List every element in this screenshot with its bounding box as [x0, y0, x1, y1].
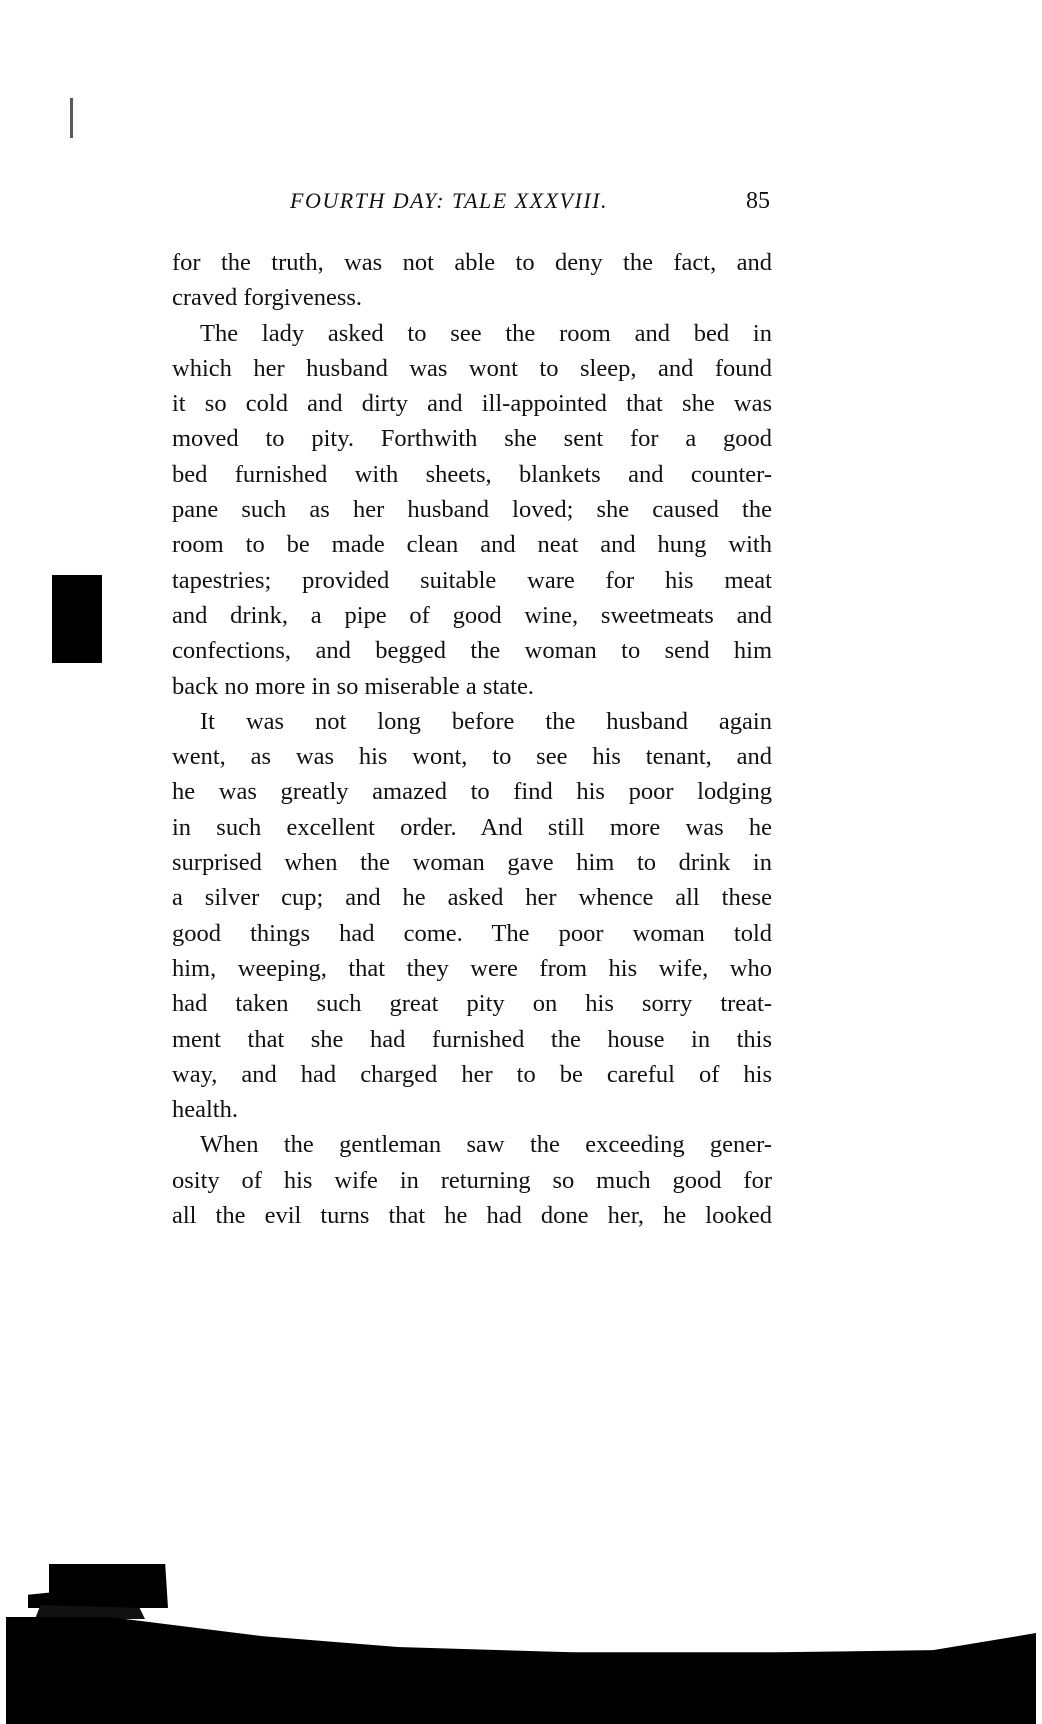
text-line: good things had come. The poor woman tol… — [172, 916, 772, 951]
text-line: pane such as her husband loved; she caus… — [172, 492, 772, 527]
paragraph-1: for the truth, was not able to deny the … — [172, 245, 772, 316]
body-text: for the truth, was not able to deny the … — [172, 245, 772, 1233]
text-line: surprised when the woman gave him to dri… — [172, 845, 772, 880]
text-line: The lady asked to see the room and bed i… — [172, 316, 772, 351]
scan-artifact-bottom-tab — [28, 1564, 168, 1608]
text-line: he was greatly amazed to find his poor l… — [172, 774, 772, 809]
text-line: ment that she had furnished the house in… — [172, 1022, 772, 1057]
running-head: FOURTH DAY: TALE XXXVIII. 85 — [172, 188, 772, 218]
text-line: had taken such great pity on his sorry t… — [172, 986, 772, 1021]
text-line: bed furnished with sheets, blankets and … — [172, 457, 772, 492]
text-line: confections, and begged the woman to sen… — [172, 633, 772, 668]
text-line: for the truth, was not able to deny the … — [172, 245, 772, 280]
scan-artifact-bottom-edge — [6, 1617, 1036, 1724]
text-line: back no more in so miserable a state. — [172, 669, 772, 704]
scan-artifact-left-margin — [52, 575, 102, 663]
text-line: in such excellent order. And still more … — [172, 810, 772, 845]
text-line: a silver cup; and he asked her whence al… — [172, 880, 772, 915]
text-line: osity of his wife in returning so much g… — [172, 1163, 772, 1198]
text-line: all the evil turns that he had done her,… — [172, 1198, 772, 1233]
paragraph-3: It was not long before the husband again… — [172, 704, 772, 1128]
paragraph-2: The lady asked to see the room and bed i… — [172, 316, 772, 704]
text-line: craved forgiveness. — [172, 280, 772, 315]
page-number: 85 — [746, 188, 770, 215]
running-head-title: FOURTH DAY: TALE XXXVIII. — [290, 188, 608, 214]
text-line: and drink, a pipe of good wine, sweetmea… — [172, 598, 772, 633]
text-line: moved to pity. Forthwith she sent for a … — [172, 421, 772, 456]
text-line: way, and had charged her to be careful o… — [172, 1057, 772, 1092]
text-line: health. — [172, 1092, 772, 1127]
paragraph-4: When the gentleman saw the exceeding gen… — [172, 1127, 772, 1233]
text-line: When the gentleman saw the exceeding gen… — [172, 1127, 772, 1162]
scan-artifact-top-left — [70, 98, 73, 138]
text-line: tapestries; provided suitable ware for h… — [172, 563, 772, 598]
text-line: It was not long before the husband again — [172, 704, 772, 739]
text-line: room to be made clean and neat and hung … — [172, 527, 772, 562]
text-line: it so cold and dirty and ill-appointed t… — [172, 386, 772, 421]
text-line: went, as was his wont, to see his tenant… — [172, 739, 772, 774]
book-page: FOURTH DAY: TALE XXXVIII. 85 for the tru… — [0, 0, 1042, 1724]
text-line: him, weeping, that they were from his wi… — [172, 951, 772, 986]
text-line: which her husband was wont to sleep, and… — [172, 351, 772, 386]
